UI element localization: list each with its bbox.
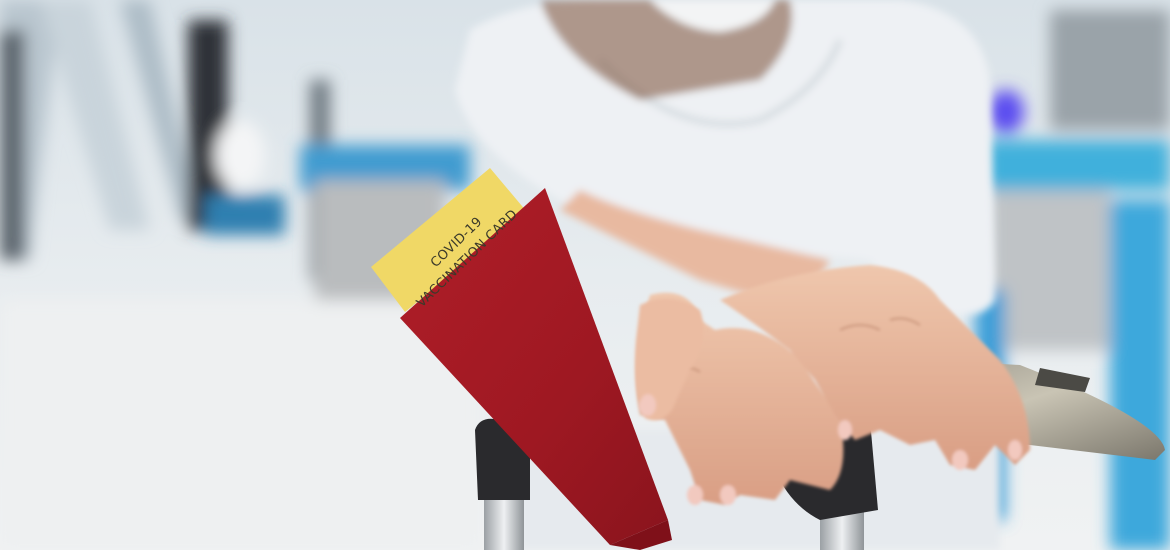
photo-scene: COVID-19 VACCINATION CARD	[0, 0, 1170, 550]
scene-illustration	[0, 0, 1170, 550]
